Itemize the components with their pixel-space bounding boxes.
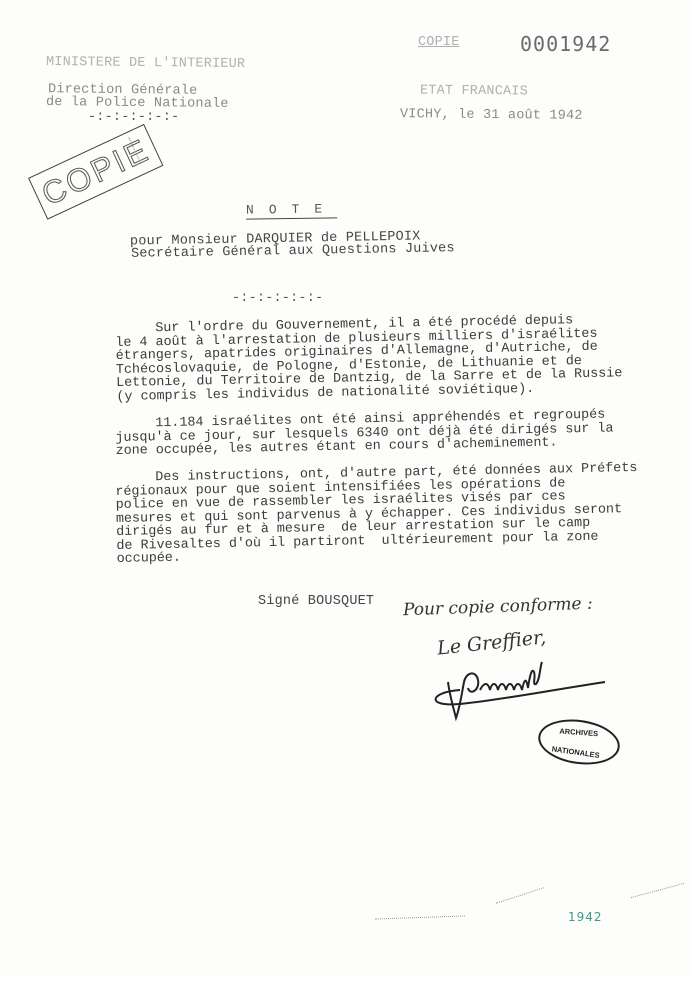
- note-title: NOTE: [246, 202, 337, 219]
- scan-artifact: [375, 915, 465, 919]
- archives-stamp-bottom: NATIONALES: [551, 744, 600, 760]
- paragraph-3: Des instructions, ont, d'autre part, été…: [115, 462, 639, 567]
- folio-number: 1942: [568, 910, 603, 924]
- reference-number: 0001942: [520, 34, 611, 54]
- archives-stamp-top: ARCHIVES: [559, 727, 598, 739]
- scan-artifact: [631, 883, 684, 898]
- place-date: VICHY, le 31 août 1942: [400, 108, 583, 123]
- addressee-line-2: Secrétaire Général aux Questions Juives: [131, 242, 455, 261]
- document-page: MINISTERE DE L'INTERIEUR Direction Génér…: [0, 0, 690, 975]
- title-separator: -:-:-:-:-:-: [232, 292, 323, 306]
- handwritten-signature: [420, 652, 620, 722]
- archives-nationales-stamp: ARCHIVES NATIONALES: [535, 715, 622, 770]
- state-header: ETAT FRANCAIS: [420, 85, 528, 99]
- copy-label: COPIE: [418, 36, 460, 50]
- header-separator: -:-:-:-:-:-: [88, 111, 179, 125]
- signed-line: Signé BOUSQUET: [258, 595, 374, 609]
- copie-stamp: COPIE: [28, 124, 163, 220]
- paragraph-1: Sur l'ordre du Gouvernement, il a été pr…: [115, 313, 623, 404]
- ministry-header: MINISTERE DE L'INTERIEUR: [46, 56, 245, 72]
- paragraph-2: 11.184 israélites ont été ainsi appréhen…: [115, 408, 614, 458]
- certification-line-1: Pour copie conforme :: [403, 594, 593, 621]
- scan-artifact: [496, 887, 544, 903]
